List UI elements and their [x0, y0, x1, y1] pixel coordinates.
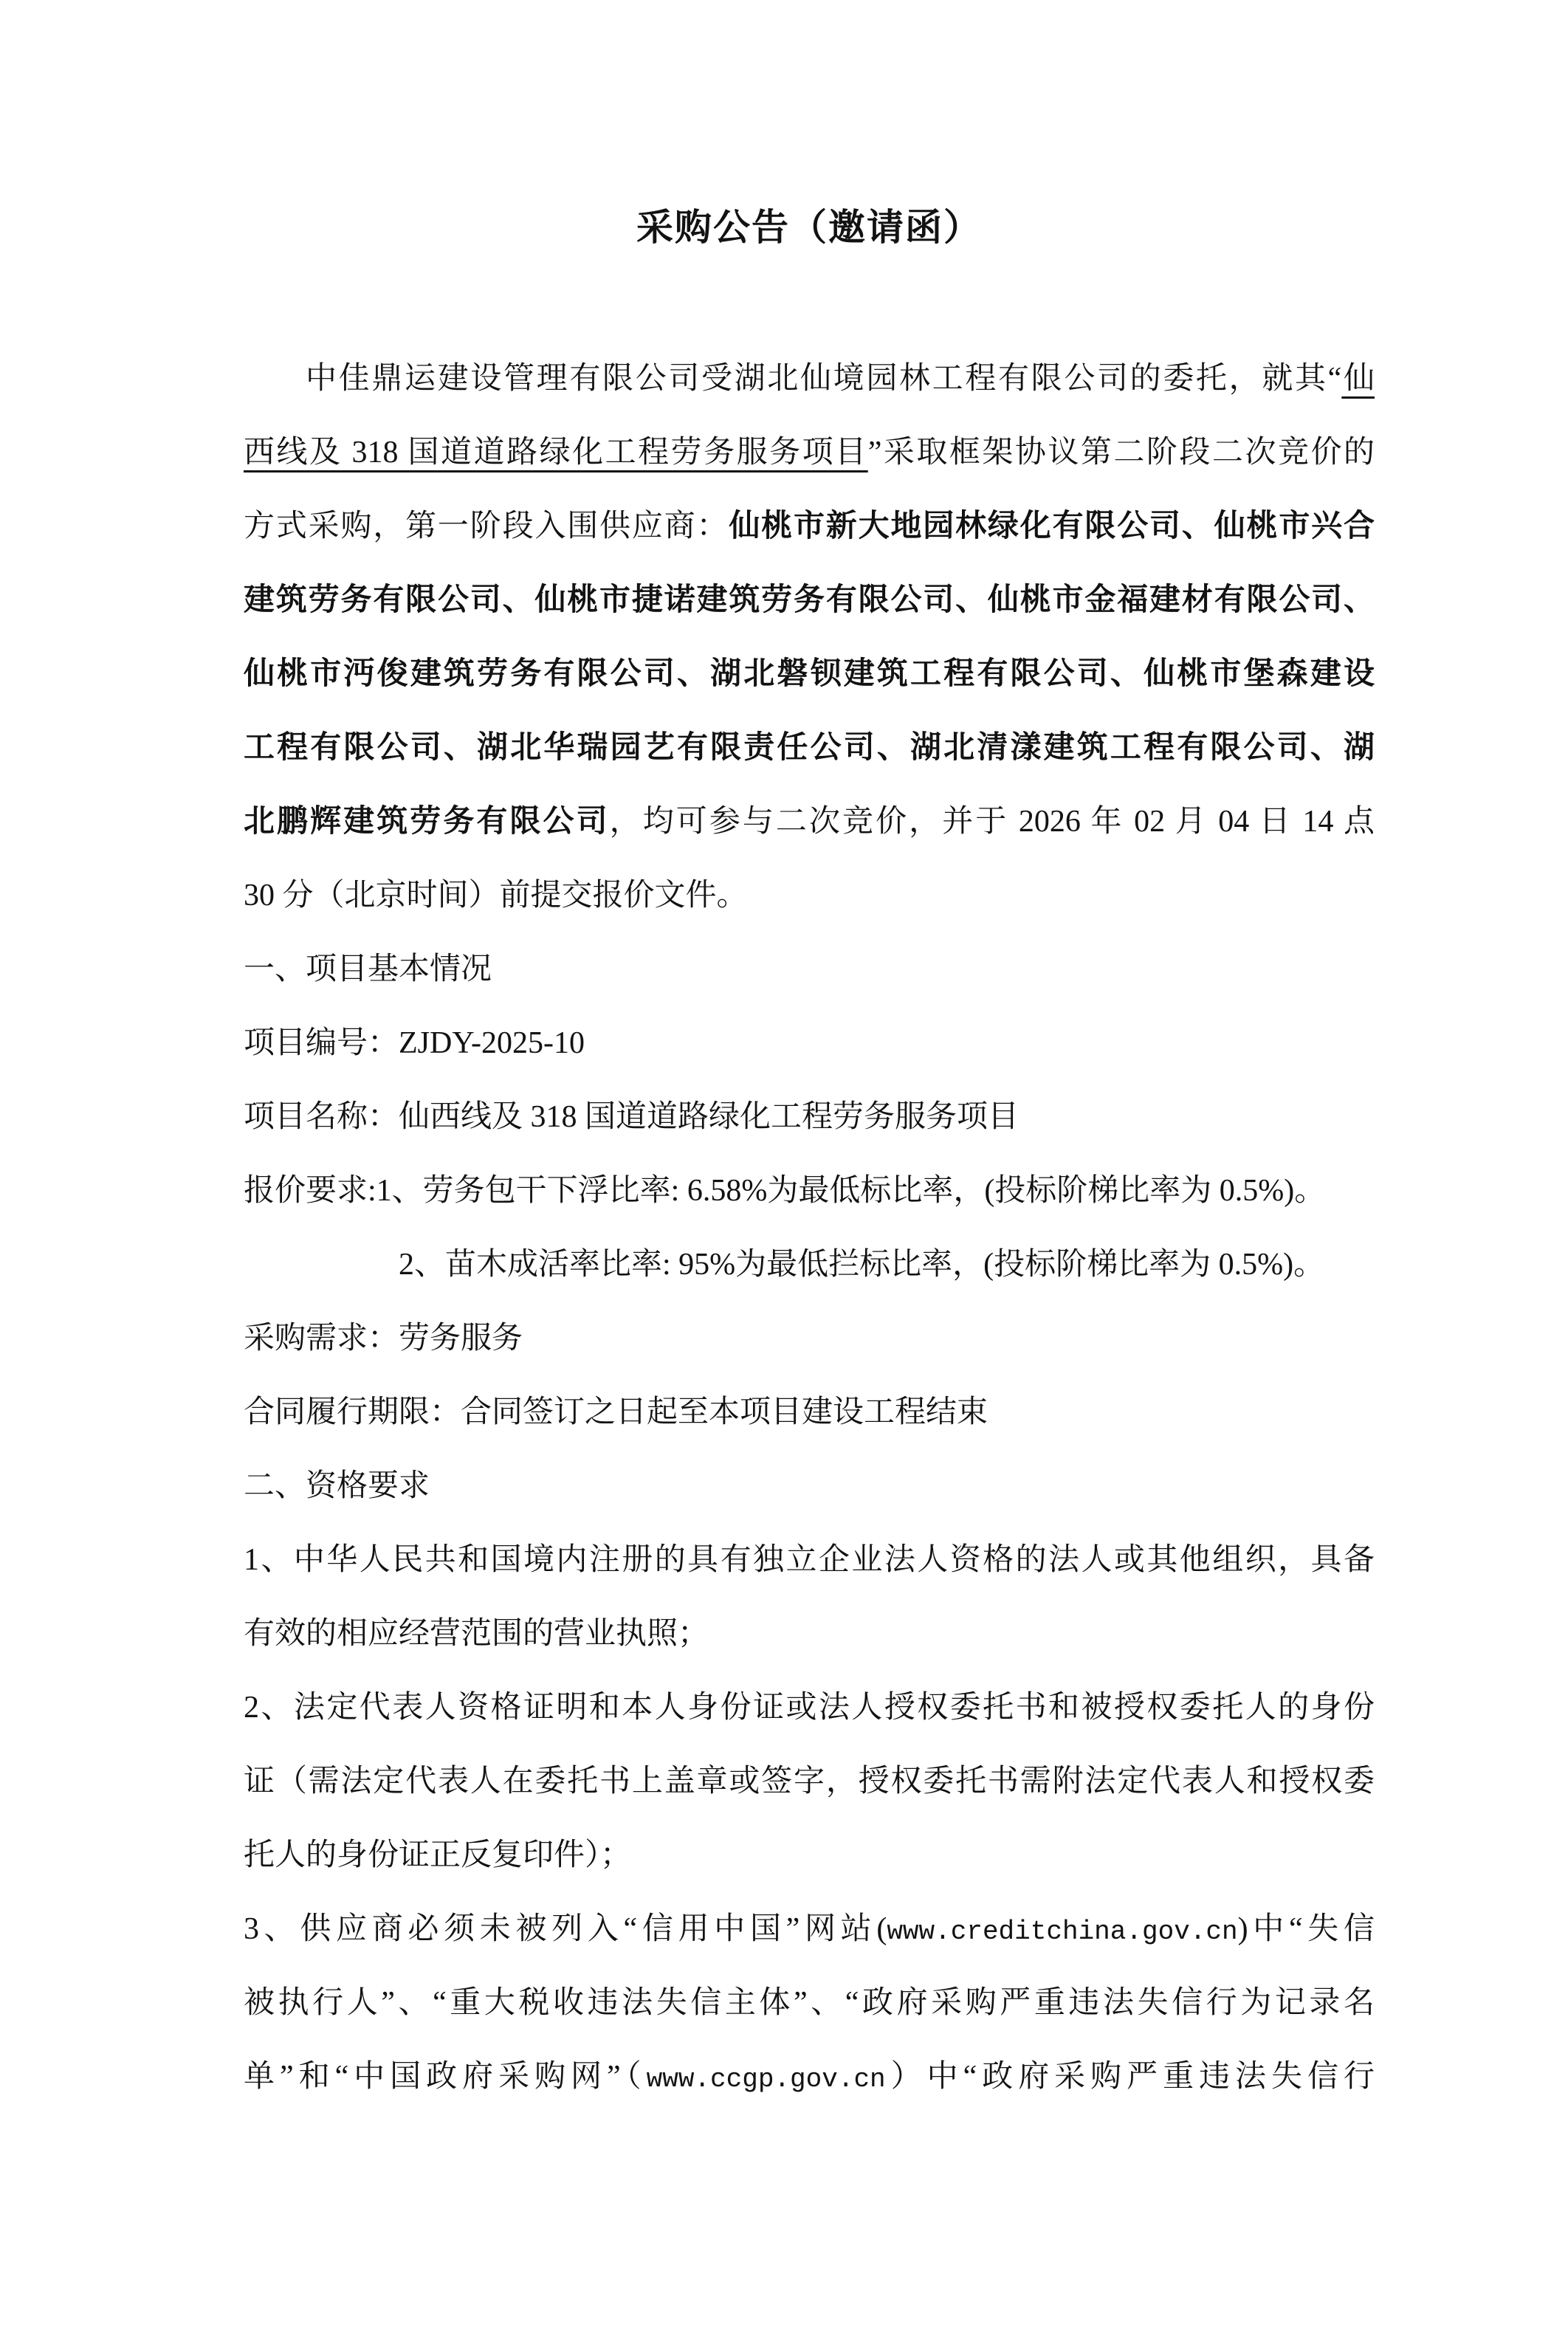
text-line-7: 北鹏辉建筑劳务有限公司，均可参与二次竞价，并于 2026 年 02 月 04 日… [244, 785, 1375, 859]
text-line-23: 被执行人”、“重大税收违法失信主体”、“政府采购严重违法失信行为记录名 [244, 1966, 1375, 2040]
text-line-10: 项目编号：ZJDY-2025-10 [244, 1006, 1375, 1080]
text-line-2: 西线及 318 国道道路绿化工程劳务服务项目”采取框架协议第二阶段二次竞价的 [244, 416, 1375, 489]
text-line-19: 2、法定代表人资格证明和本人身份证或法人授权委托书和被授权委托人的身份 [244, 1671, 1375, 1745]
text-run: 方式采购，第一阶段入围供应商： [244, 509, 729, 543]
text-line-22: 3、供应商必须未被列入“信用中国”网站(www.creditchina.gov.… [244, 1892, 1375, 1966]
bold-text: 北鹏辉建筑劳务有限公司 [244, 805, 610, 839]
text-line-11: 项目名称：仙西线及 318 国道道路绿化工程劳务服务项目 [244, 1080, 1375, 1154]
text-run: ，均可参与二次竞价，并于 2026 年 02 月 04 日 14 点 [610, 805, 1375, 839]
text-line-6: 工程有限公司、湖北华瑞园艺有限责任公司、湖北清漾建筑工程有限公司、湖 [244, 711, 1375, 785]
text-run: 报价要求:1、劳务包干下浮比率: 6.58%为最低标比率，(投标阶梯比率为 0.… [244, 1174, 1325, 1208]
document-body: 中佳鼎运建设管理有限公司受湖北仙境园林工程有限公司的委托，就其“仙西线及 318… [244, 342, 1375, 2114]
text-run: 二、资格要求 [244, 1469, 430, 1503]
text-line-15: 合同履行期限：合同签订之日起至本项目建设工程结束 [244, 1375, 1375, 1449]
text-run: 2、法定代表人资格证明和本人身份证或法人授权委托书和被授权委托人的身份 [244, 1691, 1375, 1725]
text-run: 项目编号：ZJDY-2025-10 [244, 1026, 585, 1060]
url-text: www.ccgp.gov.cn [647, 2064, 886, 2094]
text-line-12: 报价要求:1、劳务包干下浮比率: 6.58%为最低标比率，(投标阶梯比率为 0.… [244, 1154, 1375, 1228]
text-line-21: 托人的身份证正反复印件）； [244, 1818, 1375, 1892]
text-run: 2、苗木成活率比率: 95%为最低拦标比率，(投标阶梯比率为 0.5%)。 [399, 1248, 1324, 1282]
page-title: 采购公告（邀请函） [244, 0, 1375, 250]
text-run: 30 分（北京时间）前提交报价文件。 [244, 879, 748, 913]
text-line-4: 建筑劳务有限公司、仙桃市捷诺建筑劳务有限公司、仙桃市金福建材有限公司、 [244, 563, 1375, 637]
bold-text: 建筑劳务有限公司、仙桃市捷诺建筑劳务有限公司、仙桃市金福建材有限公司、 [244, 583, 1375, 617]
text-line-20: 证（需法定代表人在委托书上盖章或签字，授权委托书需附法定代表人和授权委 [244, 1745, 1375, 1818]
text-run: 单”和“中国政府采购网”（ [244, 2060, 647, 2094]
text-run: 被执行人”、“重大税收违法失信主体”、“政府采购严重违法失信行为记录名 [244, 1986, 1375, 2020]
document-page: 采购公告（邀请函） 中佳鼎运建设管理有限公司受湖北仙境园林工程有限公司的委托，就… [0, 0, 1568, 2330]
text-run: 1、中华人民共和国境内注册的具有独立企业法人资格的法人或其他组织，具备 [244, 1543, 1375, 1577]
text-run: 中佳鼎运建设管理有限公司受湖北仙境园林工程有限公司的委托，就其“ [306, 362, 1341, 396]
url-text: www.creditchina.gov.cn [887, 1917, 1237, 1947]
text-line-24: 单”和“中国政府采购网”（www.ccgp.gov.cn）中“政府采购严重违法失… [244, 2040, 1375, 2114]
bold-text: 工程有限公司、湖北华瑞园艺有限责任公司、湖北清漾建筑工程有限公司、湖 [244, 731, 1375, 765]
underlined-text: 西线及 318 国道道路绿化工程劳务服务项目 [244, 436, 868, 470]
text-line-14: 采购需求：劳务服务 [244, 1302, 1375, 1375]
bold-text: 仙桃市沔俊建筑劳务有限公司、湖北磐钡建筑工程有限公司、仙桃市堡森建设 [244, 657, 1375, 691]
text-line-13: 2、苗木成活率比率: 95%为最低拦标比率，(投标阶梯比率为 0.5%)。 [244, 1228, 1375, 1302]
text-run: )中“失信 [1238, 1912, 1375, 1946]
text-line-3: 方式采购，第一阶段入围供应商：仙桃市新大地园林绿化有限公司、仙桃市兴合 [244, 489, 1375, 563]
text-line-17: 1、中华人民共和国境内注册的具有独立企业法人资格的法人或其他组织，具备 [244, 1523, 1375, 1597]
text-line-9: 一、项目基本情况 [244, 932, 1375, 1006]
text-run: 一、项目基本情况 [244, 952, 492, 986]
bold-text: 仙桃市新大地园林绿化有限公司、仙桃市兴合 [729, 509, 1375, 543]
text-line-8: 30 分（北京时间）前提交报价文件。 [244, 859, 1375, 932]
text-line-5: 仙桃市沔俊建筑劳务有限公司、湖北磐钡建筑工程有限公司、仙桃市堡森建设 [244, 637, 1375, 711]
text-line-1: 中佳鼎运建设管理有限公司受湖北仙境园林工程有限公司的委托，就其“仙 [244, 342, 1375, 416]
text-run: 合同履行期限：合同签订之日起至本项目建设工程结束 [244, 1395, 988, 1429]
text-run: 有效的相应经营范围的营业执照； [244, 1617, 709, 1651]
text-line-18: 有效的相应经营范围的营业执照； [244, 1597, 1375, 1671]
text-run: 托人的身份证正反复印件）； [244, 1838, 631, 1872]
text-run: 采购需求：劳务服务 [244, 1322, 523, 1355]
text-run: 3、供应商必须未被列入“信用中国”网站( [244, 1912, 887, 1946]
text-run: ”采取框架协议第二阶段二次竞价的 [868, 436, 1375, 470]
text-run: 项目名称：仙西线及 318 国道道路绿化工程劳务服务项目 [244, 1100, 1019, 1134]
text-run: 证（需法定代表人在委托书上盖章或签字，授权委托书需附法定代表人和授权委 [244, 1764, 1375, 1798]
underlined-text: 仙 [1341, 362, 1375, 396]
text-run: ）中“政府采购严重违法失信行 [886, 2060, 1375, 2094]
text-line-16: 二、资格要求 [244, 1449, 1375, 1523]
